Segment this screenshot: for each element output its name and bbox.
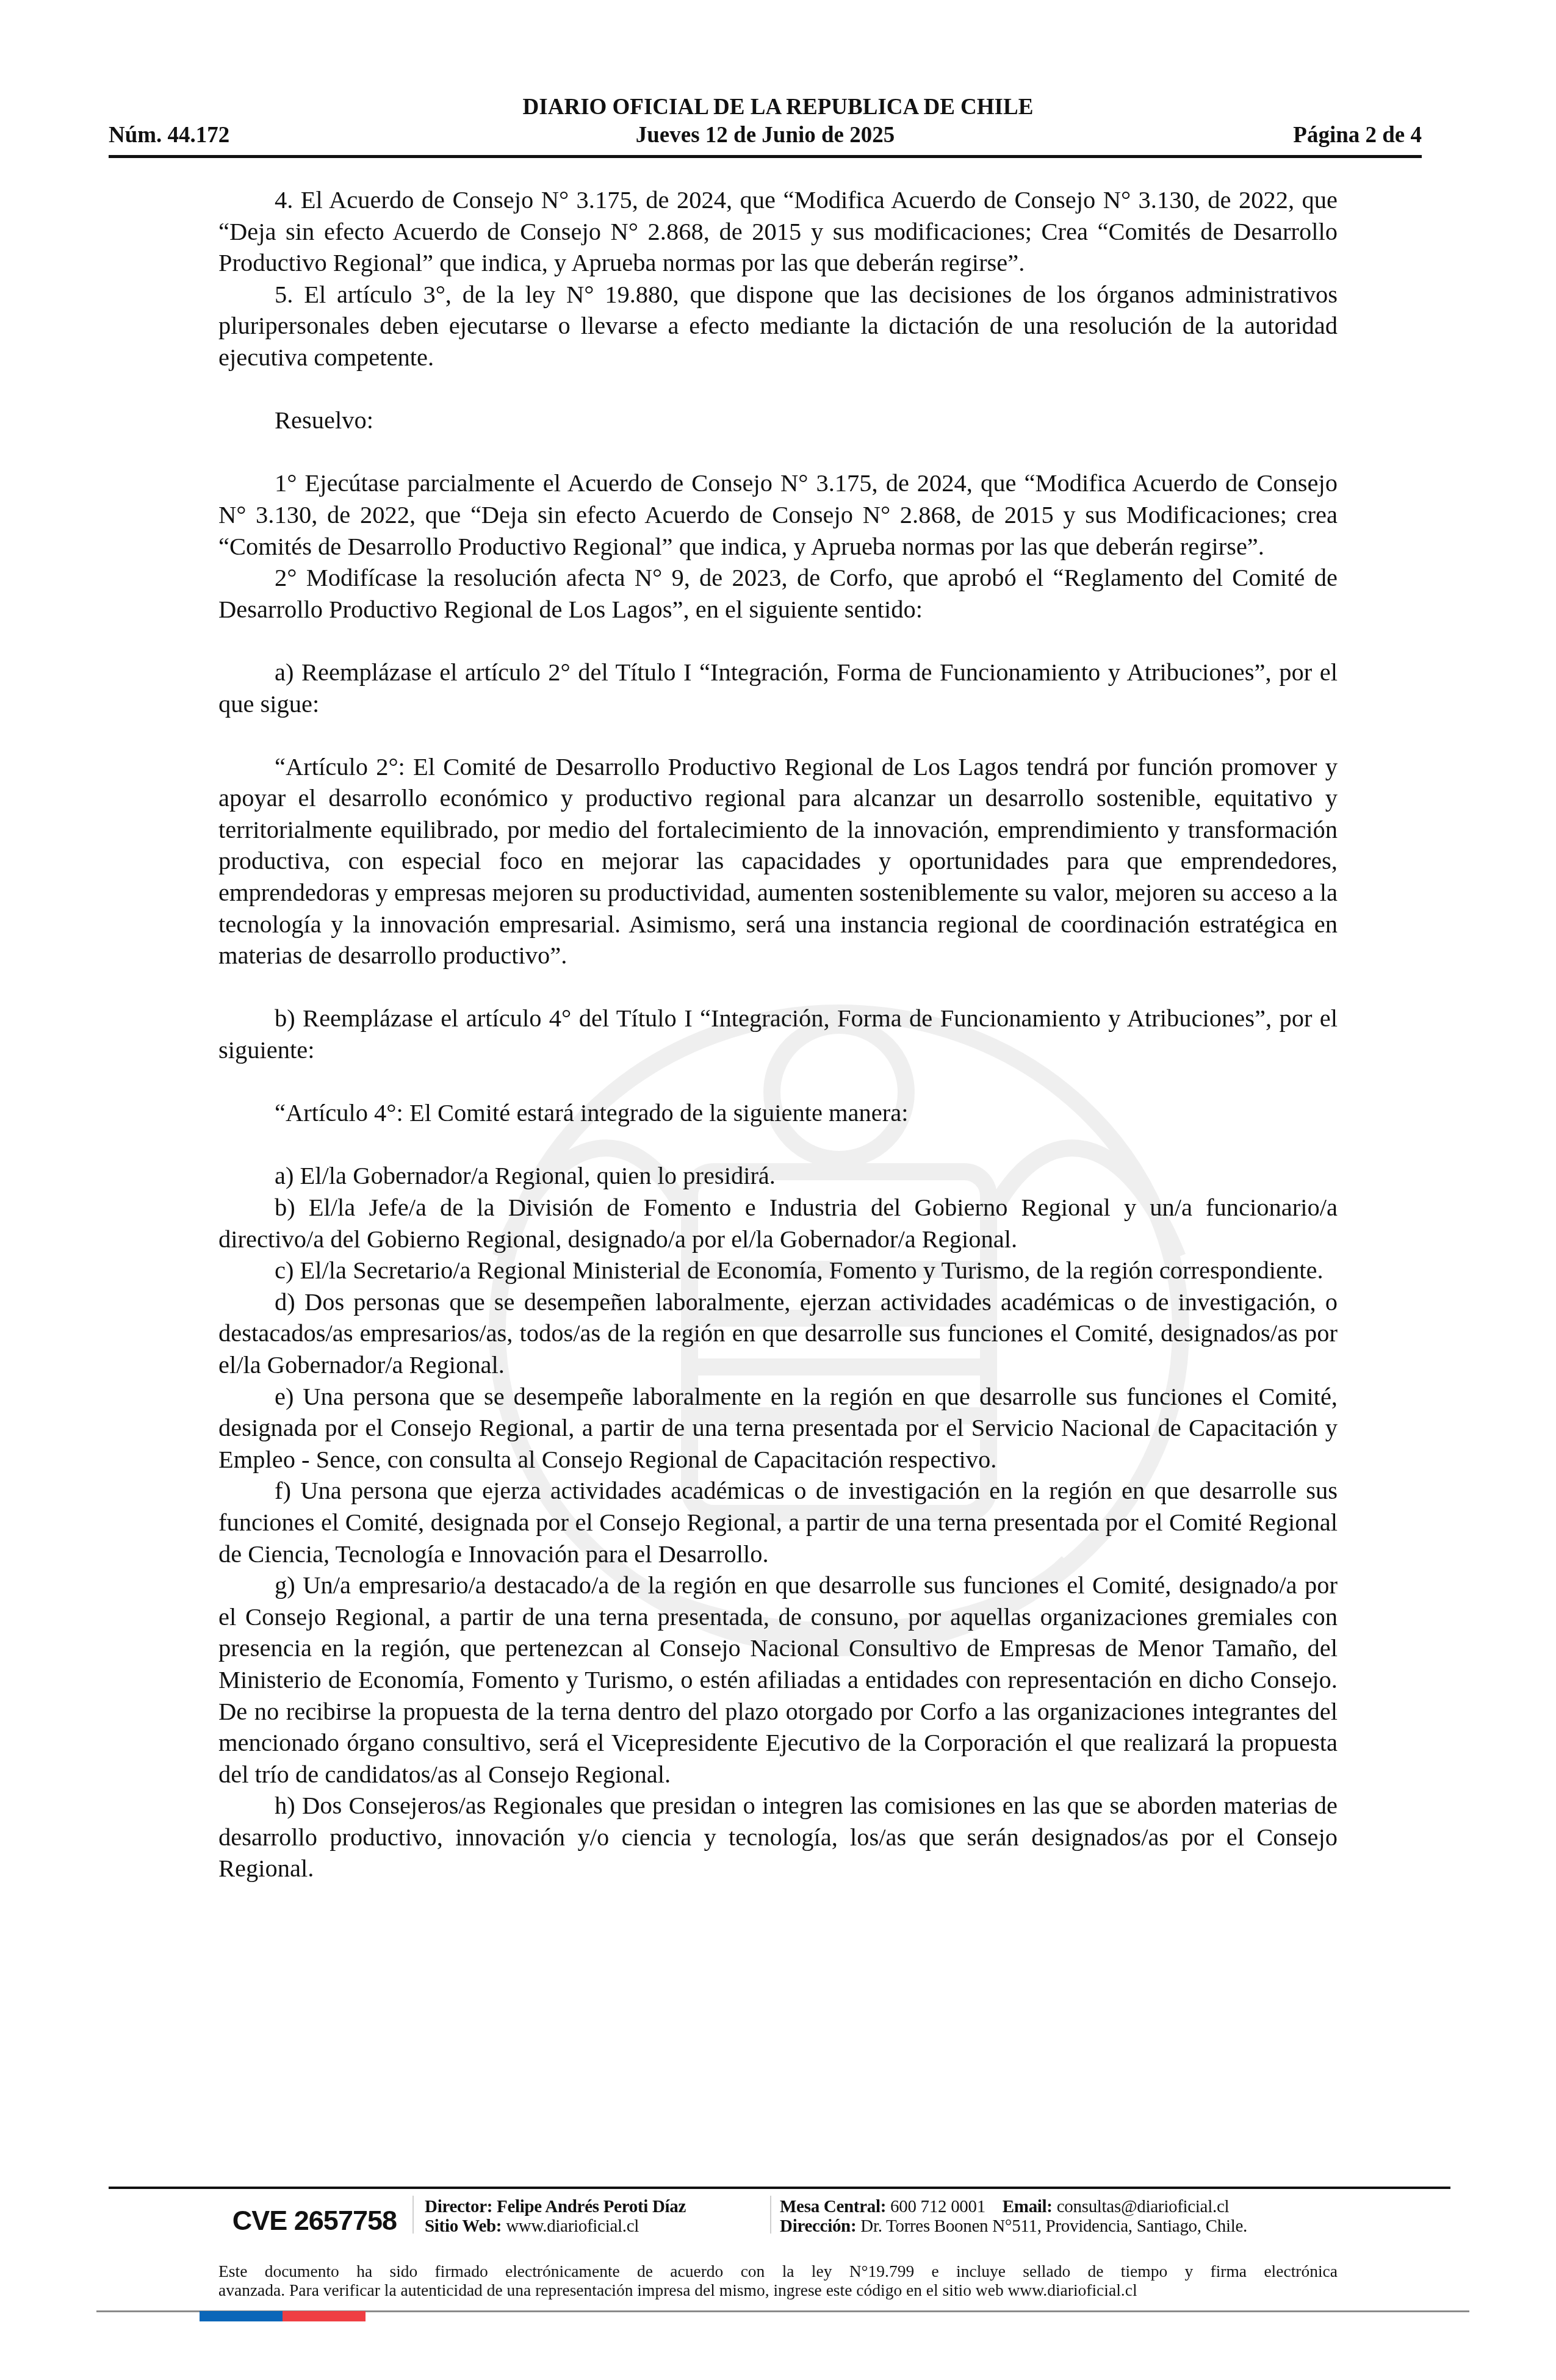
phone-label: Mesa Central: — [780, 2197, 886, 2216]
address-label: Dirección: — [780, 2216, 856, 2236]
footer-separator — [770, 2196, 771, 2234]
header-meta: Núm. 44.172 Jueves 12 de Junio de 2025 P… — [109, 122, 1422, 149]
paragraph-item-a: a) Reemplázase el artículo 2° del Título… — [218, 657, 1338, 719]
member-item-d: d) Dos personas que se desempeñen labora… — [218, 1286, 1338, 1381]
signature-notice: Este documento ha sido firmado electróni… — [218, 2262, 1338, 2299]
paragraph-item-b: b) Reemplázase el artículo 4° del Título… — [218, 1003, 1338, 1066]
email-link[interactable]: consultas@diarioficial.cl — [1057, 2197, 1230, 2216]
flag-stripe-blue — [200, 2311, 283, 2321]
member-item-f: f) Una persona que ejerza actividades ac… — [218, 1475, 1338, 1570]
member-item-e: e) Una persona que se desempeñe laboralm… — [218, 1381, 1338, 1476]
director-name: Felipe Andrés Peroti Díaz — [497, 2197, 686, 2216]
footer-director-column: Director: Felipe Andrés Peroti Díaz Siti… — [425, 2197, 686, 2236]
footer-contact-column: Mesa Central: 600 712 0001 Email: consul… — [780, 2197, 1247, 2236]
resuelvo-heading: Resuelvo: — [218, 405, 1338, 436]
footer-divider — [109, 2187, 1450, 2189]
member-item-c: c) El/la Secretario/a Regional Ministeri… — [218, 1255, 1338, 1286]
cve-code: CVE 2657758 — [207, 2199, 397, 2242]
email-label: Email: — [1003, 2197, 1053, 2216]
director-label: Director: — [425, 2197, 492, 2216]
member-item-h: h) Dos Consejeros/as Regionales que pres… — [218, 1790, 1338, 1884]
paragraph-considerando-5: 5. El artículo 3°, de la ley N° 19.880, … — [218, 279, 1338, 373]
signature-notice-line-2: avanzada. Para verificar la autenticidad… — [218, 2281, 1338, 2299]
website-label: Sitio Web: — [425, 2216, 502, 2236]
phone-number: 600 712 0001 — [890, 2197, 985, 2216]
member-item-g: g) Un/a empresario/a destacado/a de la r… — [218, 1570, 1338, 1790]
header-divider — [109, 155, 1422, 158]
issue-date: Jueves 12 de Junio de 2025 — [109, 122, 1422, 148]
paragraph-articulo-4: “Artículo 4°: El Comité estará integrado… — [218, 1097, 1338, 1129]
member-item-a: a) El/la Gobernador/a Regional, quien lo… — [218, 1160, 1338, 1192]
paragraph-resolution-2: 2° Modifícase la resolución afecta N° 9,… — [218, 562, 1338, 625]
paragraph-resolution-1: 1° Ejecútase parcialmente el Acuerdo de … — [218, 467, 1338, 562]
document-body: 4. El Acuerdo de Consejo N° 3.175, de 20… — [218, 184, 1338, 1884]
signature-notice-line-1: Este documento ha sido firmado electróni… — [218, 2262, 1338, 2281]
flag-stripe-red — [283, 2311, 366, 2321]
footer-separator — [412, 2196, 414, 2234]
newspaper-title: DIARIO OFICIAL DE LA REPUBLICA DE CHILE — [0, 94, 1556, 120]
page-indicator: Página 2 de 4 — [1293, 122, 1422, 148]
address-value: Dr. Torres Boonen N°511, Providencia, Sa… — [860, 2216, 1247, 2236]
paragraph-articulo-2: “Artículo 2°: El Comité de Desarrollo Pr… — [218, 751, 1338, 972]
website-link[interactable]: www.diarioficial.cl — [506, 2216, 639, 2236]
paragraph-considerando-4: 4. El Acuerdo de Consejo N° 3.175, de 20… — [218, 184, 1338, 279]
footer-info: CVE 2657758 Director: Felipe Andrés Pero… — [0, 2196, 1556, 2245]
member-item-b: b) El/la Jefe/a de la División de Foment… — [218, 1192, 1338, 1255]
